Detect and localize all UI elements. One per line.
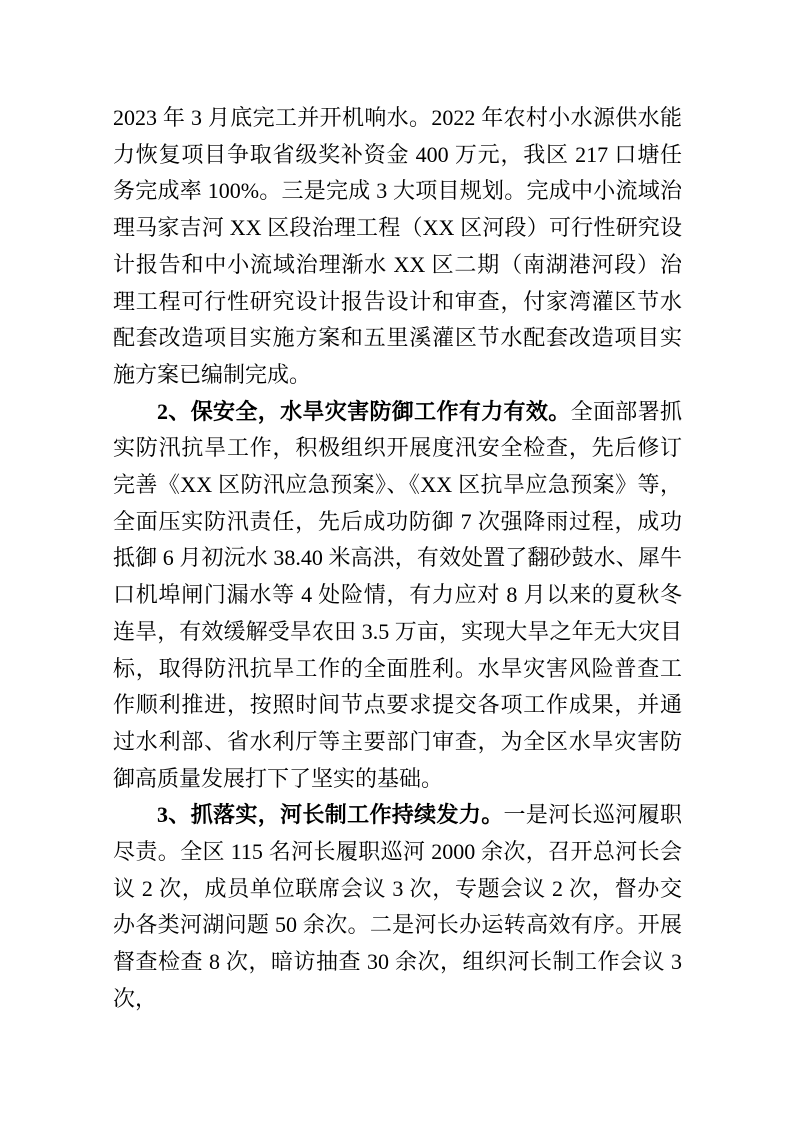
body-text-run: 2023 年 3 月底完工并开机响水。2022 年农村小水源供水能力恢复项目争取… [113,105,682,387]
paragraph-river-chief-system: 3、抓落实，河长制工作持续发力。一是河长巡河履职尽责。全区 115 名河长履职巡… [113,797,682,1017]
body-text-run: 一是河长巡河履职尽责。全区 115 名河长履职巡河 2000 余次，召开总河长会… [113,802,682,1011]
paragraph-continuation: 2023 年 3 月底完工并开机响水。2022 年农村小水源供水能力恢复项目争取… [113,100,682,394]
document-page: 2023 年 3 月底完工并开机响水。2022 年农村小水源供水能力恢复项目争取… [0,0,793,1122]
paragraph-heading-run: 3、抓落实，河长制工作持续发力。 [157,802,504,827]
paragraph-heading-run: 2、保安全，水旱灾害防御工作有力有效。 [157,399,571,424]
paragraph-flood-drought-defense: 2、保安全，水旱灾害防御工作有力有效。全面部署抓实防汛抗旱工作，积极组织开展度汛… [113,394,682,798]
body-text-run: 全面部署抓实防汛抗旱工作，积极组织开展度汛安全检查，先后修订完善《XX 区防汛应… [113,399,682,791]
